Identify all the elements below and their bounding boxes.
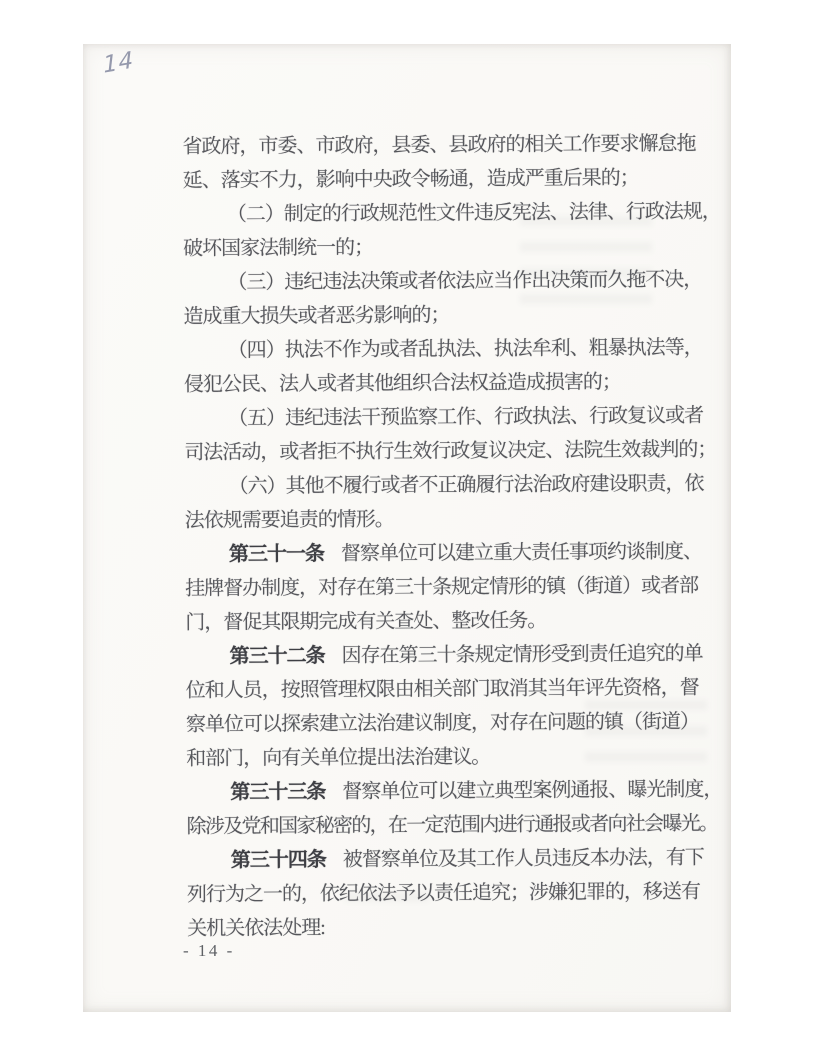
line-text: 除涉及党和国家秘密的，在一定范围内进行通报或者向社会曝光。 <box>187 813 718 838</box>
doc-line: 司法活动，或者拒不执行生效行政复议决定、法院生效裁判的； <box>184 433 716 465</box>
doc-line: 除涉及党和国家秘密的，在一定范围内进行通报或者向社会曝光。 <box>187 807 718 839</box>
line-text: （三）违纪违法决策或者依法应当作出决策而久拖不决， <box>227 269 702 294</box>
article-number: 第三十三条 <box>230 781 325 804</box>
line-text: 挂牌督办制度，对存在第三十条规定情形的镇（街道）或者部 <box>185 575 698 600</box>
article-line: 第三十一条督察单位可以建立重大责任事项约谈制度、 <box>229 535 702 567</box>
doc-line: 关机关依法处理: <box>187 911 325 941</box>
line-text: 侵犯公民、法人或者其他组织合法权益造成损害的； <box>184 371 621 396</box>
doc-line: 延、落实不力，影响中央政令畅通，造成严重后果的； <box>183 161 639 193</box>
doc-line: 察单位可以探索建立法治建议制度，对存在问题的镇（街道） <box>186 705 699 737</box>
line-text: 因存在第三十条规定情形受到责任追究的单 <box>341 643 702 667</box>
article-number: 第三十四条 <box>231 849 326 872</box>
scanned-page: 14 省政府，市委、市政府，县委、县政府的相关工作要求懈怠拖延、落实不力，影响中… <box>83 44 731 1012</box>
line-text: 位和人员，按照管理权限由相关部门取消其当年评先资格，督 <box>186 677 699 702</box>
article-number: 第三十二条 <box>229 645 324 668</box>
doc-line: 侵犯公民、法人或者其他组织合法权益造成损害的； <box>184 365 621 397</box>
line-text: 破坏国家法制统一的； <box>183 237 373 260</box>
line-text: 督察单位可以建立重大责任事项约谈制度、 <box>341 541 702 565</box>
line-text: 被督察单位及其工作人员违反本办法，有下 <box>343 847 704 871</box>
line-text: 列行为之一的，依纪依法予以责任追究；涉嫌犯罪的，移送有 <box>187 881 700 906</box>
doc-line: （五）违纪违法干预监察工作、行政执法、行政复议或者 <box>228 399 703 431</box>
line-text: 察单位可以探索建立法治建议制度，对存在问题的镇（街道） <box>186 711 699 736</box>
article-line: 第三十四条被督察单位及其工作人员违反本办法，有下 <box>231 841 704 873</box>
page-number: - 14 - <box>183 941 235 961</box>
doc-line: 省政府，市委、市政府，县委、县政府的相关工作要求懈怠拖 <box>182 127 695 159</box>
doc-line: （四）执法不作为或者乱执法、执法牟利、粗暴执法等， <box>228 331 703 363</box>
article-line: 第三十三条督察单位可以建立典型案例通报、曝光制度， <box>230 773 722 805</box>
article-line: 第三十二条因存在第三十条规定情形受到责任追究的单 <box>229 637 702 669</box>
line-text: 延、落实不力，影响中央政令畅通，造成严重后果的； <box>183 167 639 192</box>
line-text: （五）违纪违法干预监察工作、行政执法、行政复议或者 <box>228 405 703 430</box>
doc-line: 位和人员，按照管理权限由相关部门取消其当年评先资格，督 <box>186 671 699 703</box>
line-text: 司法活动，或者拒不执行生效行政复议决定、法院生效裁判的； <box>184 439 716 464</box>
doc-line: 挂牌督办制度，对存在第三十条规定情形的镇（街道）或者部 <box>185 569 698 601</box>
doc-line: （二）制定的行政规范性文件违反宪法、法律、行政法规， <box>227 195 721 227</box>
line-text: 和部门，向有关单位提出法治建议。 <box>186 746 490 770</box>
line-text: 法依规需要追责的情形。 <box>185 509 394 532</box>
line-text: 督察单位可以建立典型案例通报、曝光制度， <box>342 779 722 803</box>
doc-line: （三）违纪违法决策或者依法应当作出决策而久拖不决， <box>227 263 702 295</box>
document-body-text: 省政府，市委、市政府，县委、县政府的相关工作要求懈怠拖延、落实不力，影响中央政令… <box>80 41 734 1013</box>
line-text: 省政府，市委、市政府，县委、县政府的相关工作要求懈怠拖 <box>182 133 695 158</box>
line-text: （四）执法不作为或者乱执法、执法牟利、粗暴执法等， <box>228 337 703 362</box>
line-text: 造成重大损失或者恶劣影响的； <box>183 304 449 328</box>
line-text: （二）制定的行政规范性文件违反宪法、法律、行政法规， <box>227 201 721 226</box>
line-text: （六）其他不履行或者不正确履行法治政府建设职责，依 <box>228 473 703 498</box>
doc-line: 法依规需要追责的情形。 <box>185 503 394 533</box>
doc-line: 列行为之一的，依纪依法予以责任追究；涉嫌犯罪的，移送有 <box>187 875 700 907</box>
line-text: 关机关依法处理: <box>187 917 325 940</box>
doc-line: 和部门，向有关单位提出法治建议。 <box>186 740 490 771</box>
line-text: 门，督促其限期完成有关查处、整改任务。 <box>185 610 546 634</box>
doc-line: 破坏国家法制统一的； <box>183 231 373 261</box>
article-number: 第三十一条 <box>229 543 324 566</box>
doc-line: （六）其他不履行或者不正确履行法治政府建设职责，依 <box>228 467 703 499</box>
doc-line: 门，督促其限期完成有关查处、整改任务。 <box>185 604 546 635</box>
doc-line: 造成重大损失或者恶劣影响的； <box>183 298 449 329</box>
